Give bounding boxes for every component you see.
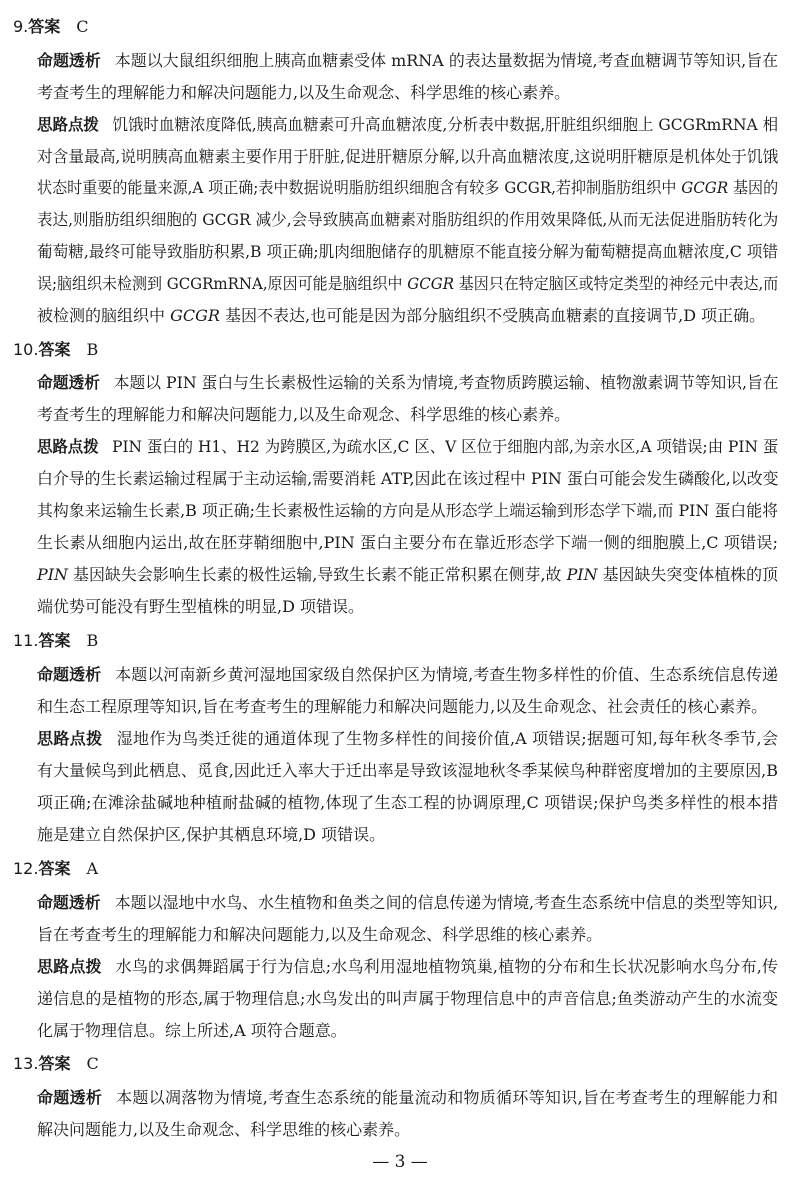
- paragraph-text: 本题以 PIN 蛋白与生长素极性运输的关系为情境,考查物质跨膜运输、植物激素调节…: [114, 373, 779, 392]
- paragraph-line: 化属于物理信息。综上所述,A 项符合题意。: [37, 1019, 347, 1043]
- paragraph-line: 误;脑组织未检测到 GCGRmRNA,原因可能是脑组织中 GCGR 基因只在特定…: [37, 272, 778, 296]
- answer-value: C: [76, 17, 88, 36]
- question-number: 11.: [13, 631, 38, 650]
- paragraph-line: 旨在考查考生的理解能力和解决问题能力,以及生命观念、科学思维的核心素养。: [37, 923, 602, 947]
- paragraph-line: 解决问题能力,以及生命观念、科学思维的核心素养。: [37, 1118, 410, 1142]
- answer-value: B: [86, 340, 98, 359]
- paragraph-text: 饥饿时血糖浓度降低,胰高血糖素可升高血糖浓度,分析表中数据,肝脏组织细胞上 GC…: [112, 115, 778, 134]
- answer-label: 答案: [28, 17, 60, 36]
- question-12-header: 12.答案A: [13, 857, 98, 881]
- paragraph-line: 施是建立自然保护区,保护其栖息环境,D 项错误。: [37, 823, 385, 847]
- paragraph-line: 考查考生的理解能力和解决问题能力,以及生命观念、科学思维的核心素养。: [37, 403, 570, 427]
- answer-label: 答案: [38, 340, 70, 359]
- analysis-tag: 命题透析: [37, 893, 101, 912]
- paragraph-text: 湿地作为鸟类迁徙的通道体现了生物多样性的间接价值,A 项错误;据题可知,每年秋冬…: [117, 729, 778, 748]
- analysis-tag: 命题透析: [37, 1088, 102, 1107]
- q12-hint-line: 思路点拨水鸟的求偶舞蹈属于行为信息;水鸟利用湿地植物筑巢,植物的分布和生长状况影…: [37, 955, 778, 979]
- q10-analysis-line: 命题透析本题以 PIN 蛋白与生长素极性运输的关系为情境,考查物质跨膜运输、植物…: [37, 371, 778, 395]
- paragraph-text: 水鸟的求偶舞蹈属于行为信息;水鸟利用湿地植物筑巢,植物的分布和生长状况影响水鸟分…: [116, 957, 778, 976]
- q11-hint-line: 思路点拨湿地作为鸟类迁徙的通道体现了生物多样性的间接价值,A 项错误;据题可知,…: [37, 727, 778, 751]
- paragraph-text: 本题以河南新乡黄河湿地国家级自然保护区为情境,考查生物多样性的价值、生态系统信息…: [115, 665, 778, 684]
- hint-tag: 思路点拨: [37, 437, 99, 456]
- paragraph-line: 对含量最高,说明胰高血糖素主要作用于肝脏,促进肝糖原分解,以升高血糖浓度,这说明…: [37, 145, 778, 169]
- answer-label: 答案: [38, 1054, 70, 1073]
- q9-hint-line: 思路点拨饥饿时血糖浓度降低,胰高血糖素可升高血糖浓度,分析表中数据,肝脏组织细胞…: [37, 113, 778, 137]
- paragraph-line: 端优势可能没有野生型植株的明显,D 项错误。: [37, 595, 364, 619]
- answer-key-page: 9.答案C 命题透析本题以大鼠组织细胞上胰高血糖素受体 mRNA 的表达量数据为…: [0, 0, 800, 1185]
- question-number: 10.: [13, 340, 38, 359]
- analysis-tag: 命题透析: [37, 51, 101, 70]
- paragraph-text: PIN 蛋白的 H1、H2 为跨膜区,为疏水区,C 区、V 区位于细胞内部,为亲…: [112, 437, 778, 456]
- q11-analysis-line: 命题透析本题以河南新乡黄河湿地国家级自然保护区为情境,考查生物多样性的价值、生态…: [37, 663, 778, 687]
- question-11-header: 11.答案B: [13, 629, 98, 653]
- hint-tag: 思路点拨: [37, 729, 103, 748]
- paragraph-text: 本题以凋落物为情境,考查生态系统的能量流动和物质循环等知识,旨在考查考生的理解能…: [116, 1088, 778, 1107]
- paragraph-line: 递信息的是植物的形态,属于物理信息;水鸟发出的叫声属于物理信息中的声音信息;鱼类…: [37, 987, 778, 1011]
- answer-label: 答案: [38, 631, 70, 650]
- question-13-header: 13.答案C: [13, 1052, 99, 1076]
- analysis-tag: 命题透析: [37, 665, 101, 684]
- paragraph-text: 本题以大鼠组织细胞上胰高血糖素受体 mRNA 的表达量数据为情境,考查血糖调节等…: [115, 51, 778, 70]
- answer-value: A: [86, 859, 98, 878]
- answer-label: 答案: [38, 859, 70, 878]
- paragraph-line: 考查考生的理解能力和解决问题能力,以及生命观念、科学思维的核心素养。: [37, 81, 570, 105]
- paragraph-line: 白介导的生长素运输过程属于主动运输,需要消耗 ATP,因此在该过程中 PIN 蛋…: [37, 467, 778, 491]
- q13-analysis-line: 命题透析本题以凋落物为情境,考查生态系统的能量流动和物质循环等知识,旨在考查考生…: [37, 1086, 778, 1110]
- question-number: 13.: [13, 1054, 38, 1073]
- answer-value: B: [86, 631, 98, 650]
- hint-tag: 思路点拨: [37, 957, 102, 976]
- q10-hint-line: 思路点拨PIN 蛋白的 H1、H2 为跨膜区,为疏水区,C 区、V 区位于细胞内…: [37, 435, 778, 459]
- question-number: 9.: [13, 17, 28, 36]
- paragraph-line: 和生态工程原理等知识,旨在考查考生的理解能力和解决问题能力,以及生命观念、社会责…: [37, 695, 767, 719]
- question-10-header: 10.答案B: [13, 338, 98, 362]
- hint-tag: 思路点拨: [37, 115, 99, 134]
- paragraph-line: 状态时重要的能量来源,A 项正确;表中数据说明脂肪组织细胞含有较多 GCGR,若…: [37, 176, 778, 200]
- paragraph-line: 表达,则脂肪组织细胞的 GCGR 减少,会导致胰高血糖素对脂肪组织的作用效果降低…: [37, 208, 778, 232]
- paragraph-line: 其构象来运输生长素,B 项正确;生长素极性运输的方向是从形态学上端运输到形态学下…: [37, 499, 778, 523]
- question-number: 12.: [13, 859, 38, 878]
- question-9-header: 9.答案C: [13, 15, 89, 39]
- paragraph-line: 葡萄糖,最终可能导致脂肪积累,B 项正确;肌肉细胞储存的肌糖原不能直接分解为葡萄…: [37, 240, 778, 264]
- page-number: — 3 —: [0, 1150, 800, 1174]
- q12-analysis-line: 命题透析本题以湿地中水鸟、水生植物和鱼类之间的信息传递为情境,考查生态系统中信息…: [37, 891, 778, 915]
- paragraph-line: 项正确;在滩涂盐碱地种植耐盐碱的植物,体现了生态工程的协调原理,C 项错误;保护…: [37, 791, 778, 815]
- paragraph-line: 有大量候鸟到此栖息、觅食,因此迁入率大于迁出率是导致该湿地秋冬季某候鸟种群密度增…: [37, 759, 778, 783]
- analysis-tag: 命题透析: [37, 373, 100, 392]
- paragraph-line: 生长素从细胞内运出,故在胚芽鞘细胞中,PIN 蛋白主要分布在靠近形态学下端一侧的…: [37, 531, 778, 555]
- paragraph-text: 本题以湿地中水鸟、水生植物和鱼类之间的信息传递为情境,考查生态系统中信息的类型等…: [115, 893, 779, 912]
- paragraph-line: PIN 基因缺失会影响生长素的极性运输,导致生长素不能正常积累在侧芽,故 PIN…: [37, 563, 778, 587]
- q9-analysis-line: 命题透析本题以大鼠组织细胞上胰高血糖素受体 mRNA 的表达量数据为情境,考查血…: [37, 49, 778, 73]
- paragraph-line: 被检测的脑组织中 GCGR 基因不表达,也可能是因为部分脑组织不受胰高血糖素的直…: [37, 304, 765, 328]
- answer-value: C: [86, 1054, 98, 1073]
